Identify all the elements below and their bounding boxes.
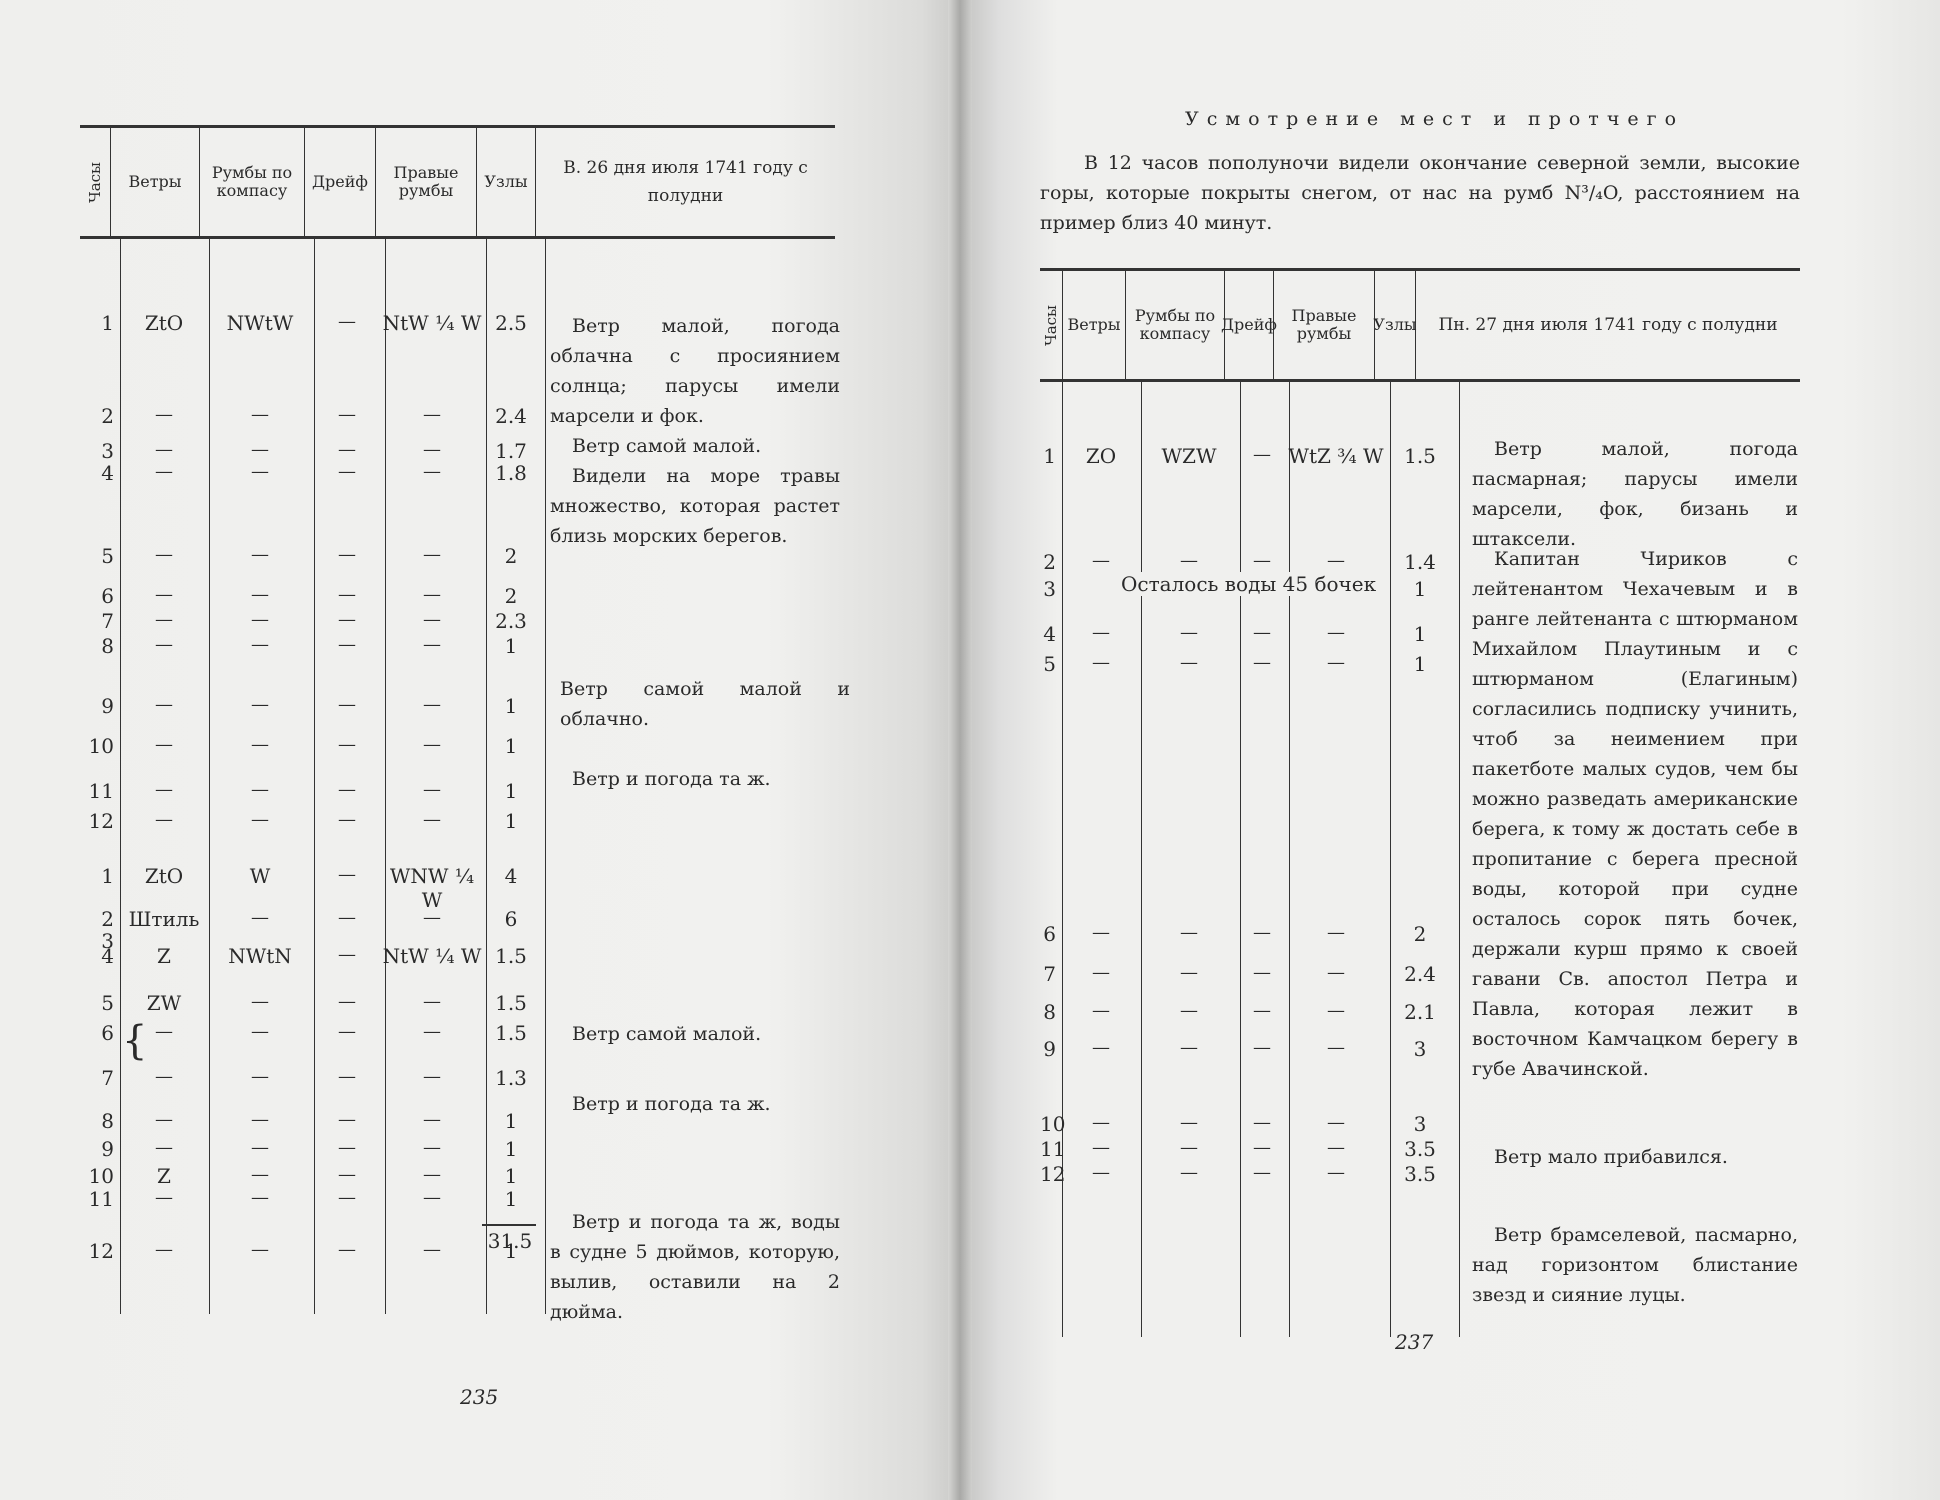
cell-compass: W <box>208 864 312 912</box>
remark: Видели на море травы множество, которая … <box>550 461 840 551</box>
cell-compass: — <box>208 694 312 718</box>
section-heading: Усмотрение мест и протчего <box>1185 108 1684 130</box>
col-winds-header: Ветры <box>111 128 200 236</box>
col-true-header: Правые румбы <box>1274 271 1375 379</box>
cell-knots: 1 <box>1386 622 1454 646</box>
cell-wind: — <box>120 809 208 833</box>
cell-hour: 1 <box>1040 444 1062 468</box>
cell-drift: — <box>312 311 382 335</box>
cell-knots: 3 <box>1386 1112 1454 1136</box>
remark: Капитан Чириков с лейтенантом Чехачевым … <box>1472 544 1798 1084</box>
cell-wind: — <box>1062 622 1140 646</box>
remark: Ветр и погода та ж. <box>550 764 840 794</box>
cell-wind: — <box>1062 1000 1140 1024</box>
cell-hour: 9 <box>1040 1037 1062 1061</box>
table-row: 8————1 <box>80 634 835 658</box>
col-knots-header: Узлы <box>477 128 536 236</box>
cell-drift: — <box>312 809 382 833</box>
cell-drift: — <box>312 404 382 428</box>
cell-true: — <box>1286 1137 1386 1161</box>
cell-drift: — <box>312 1066 382 1090</box>
table-row: 7————1.3 <box>80 1066 835 1090</box>
cell-hour: 2 <box>1040 550 1062 574</box>
cell-hour: 11 <box>80 1187 120 1211</box>
right-table-header: Часы Ветры Румбы по компасу Дрейф Правые… <box>1040 271 1800 382</box>
cell-wind: — <box>1062 1037 1140 1061</box>
cell-wind: ZW <box>120 991 208 1015</box>
cell-knots: 3.5 <box>1386 1137 1454 1161</box>
col-compass-header: Румбы по компасу <box>200 128 305 236</box>
cell-wind: — <box>120 439 208 463</box>
left-table-body: 1ZtONWtW—NtW ¼ W2.52————2.43————1.74————… <box>80 239 835 1314</box>
cell-wind: — <box>1062 922 1140 946</box>
cell-knots: 1 <box>482 1109 540 1133</box>
cell-drift: — <box>312 907 382 931</box>
cell-true: WNW ¼ W <box>382 864 482 912</box>
cell-compass: — <box>1140 550 1238 574</box>
cell-wind: — <box>120 1066 208 1090</box>
cell-drift: — <box>1238 1000 1286 1024</box>
cell-knots: 2.3 <box>482 609 540 633</box>
table-row: 1ZtOW—WNW ¼ W4 <box>80 864 835 912</box>
cell-wind: ZtO <box>120 864 208 912</box>
table-row: 9————1 <box>80 1137 835 1161</box>
cell-compass: NWtW <box>208 311 312 335</box>
cell-compass: — <box>208 1239 312 1263</box>
cell-knots: 2 <box>1386 922 1454 946</box>
cell-true: — <box>382 1109 482 1133</box>
cell-knots: 6 <box>482 907 540 931</box>
cell-drift: — <box>1238 1037 1286 1061</box>
cell-true: — <box>382 694 482 718</box>
cell-true: — <box>382 404 482 428</box>
cell-compass: — <box>208 404 312 428</box>
cell-true: — <box>382 461 482 485</box>
cell-drift: — <box>1238 922 1286 946</box>
cell-compass: NWtN <box>208 944 312 968</box>
cell-wind: — <box>1062 1137 1140 1161</box>
cell-true: NtW ¼ W <box>382 944 482 968</box>
cell-hour: 9 <box>80 694 120 718</box>
cell-wind: ZtO <box>120 311 208 335</box>
col-compass-header: Румбы по компасу <box>1126 271 1225 379</box>
cell-true: — <box>1286 622 1386 646</box>
cell-true: — <box>1286 962 1386 986</box>
cell-wind: — <box>1062 1162 1140 1186</box>
table-row: 2Штиль———6 <box>80 907 835 931</box>
cell-compass: — <box>208 609 312 633</box>
cell-wind: Z <box>120 944 208 968</box>
cell-true: WtZ ¾ W <box>1286 444 1386 468</box>
cell-knots: 1.5 <box>482 1021 540 1045</box>
cell-knots: 2.4 <box>1386 962 1454 986</box>
cell-true: — <box>1286 1000 1386 1024</box>
cell-true: — <box>382 584 482 608</box>
cell-drift: — <box>312 1187 382 1211</box>
cell-compass: — <box>208 1137 312 1161</box>
cell-drift: — <box>312 1109 382 1133</box>
table-row: 4ZNWtN—NtW ¼ W1.5 <box>80 944 835 968</box>
cell-compass: — <box>208 544 312 568</box>
cell-hour: 3 <box>1040 577 1062 601</box>
right-log-table: Часы Ветры Румбы по компасу Дрейф Правые… <box>1040 268 1800 1337</box>
cell-knots: 1 <box>1386 652 1454 676</box>
cell-hour: 11 <box>80 779 120 803</box>
cell-drift: — <box>312 864 382 912</box>
cell-compass: — <box>1140 622 1238 646</box>
cell-compass: — <box>208 584 312 608</box>
cell-knots: 1 <box>482 734 540 758</box>
cell-drift: — <box>312 991 382 1015</box>
cell-true: — <box>382 1021 482 1045</box>
remark: Ветр мало прибавился. <box>1472 1142 1798 1172</box>
cell-wind: ZO <box>1062 444 1140 468</box>
cell-hour: 8 <box>80 634 120 658</box>
cell-true: — <box>1286 652 1386 676</box>
right-table-body: 1ZOWZW—WtZ ¾ W1.52————1.4314————15————16… <box>1040 382 1800 1337</box>
cell-knots: 1 <box>482 779 540 803</box>
cell-hour: 5 <box>1040 652 1062 676</box>
cell-knots: 1 <box>482 1137 540 1161</box>
cell-compass: — <box>208 1021 312 1045</box>
book-spine <box>948 0 972 1500</box>
cell-compass: — <box>1140 1112 1238 1136</box>
cell-knots: 3.5 <box>1386 1162 1454 1186</box>
cell-wind: — <box>120 734 208 758</box>
table-row: 10Z———1 <box>80 1164 835 1188</box>
cell-knots: 1 <box>482 809 540 833</box>
cell-wind: — <box>120 634 208 658</box>
col-knots-header: Узлы <box>1375 271 1416 379</box>
cell-compass: — <box>1140 962 1238 986</box>
cell-hour: 3 <box>80 439 120 463</box>
total-knots: 31.5 <box>482 1229 538 1253</box>
cell-drift: — <box>1238 652 1286 676</box>
cell-compass: — <box>208 439 312 463</box>
brace: { <box>122 1021 147 1061</box>
cell-knots: 2.1 <box>1386 1000 1454 1024</box>
cell-drift: — <box>312 694 382 718</box>
cell-hour: 2 <box>80 907 120 931</box>
remark: Ветр и погода та ж. <box>550 1089 840 1119</box>
table-row: 5ZW———1.5 <box>80 991 835 1015</box>
cell-drift: — <box>312 1164 382 1188</box>
cell-knots: 4 <box>482 864 540 912</box>
cell-compass: — <box>1140 1162 1238 1186</box>
table-row: 12————1 <box>80 809 835 833</box>
cell-compass: — <box>208 1109 312 1133</box>
cell-compass: WZW <box>1140 444 1238 468</box>
table-row: 10————1 <box>80 734 835 758</box>
cell-hour: 7 <box>80 1066 120 1090</box>
intro-paragraph: В 12 часов пополуночи видели окончание с… <box>1040 148 1800 238</box>
col-drift-header: Дрейф <box>305 128 376 236</box>
cell-hour: 4 <box>1040 622 1062 646</box>
cell-true: — <box>382 439 482 463</box>
cell-compass: — <box>208 991 312 1015</box>
remark: Ветр самой малой. <box>550 431 840 461</box>
cell-wind: — <box>120 461 208 485</box>
cell-true: — <box>1286 1112 1386 1136</box>
cell-wind: — <box>120 694 208 718</box>
col-drift-header: Дрейф <box>1225 271 1274 379</box>
cell-hour: 6 <box>80 584 120 608</box>
cell-hour: 11 <box>1040 1137 1062 1161</box>
cell-hour: 4 <box>80 461 120 485</box>
cell-hour: 12 <box>80 1239 120 1263</box>
cell-true: — <box>1286 1162 1386 1186</box>
cell-hour: 12 <box>1040 1162 1062 1186</box>
cell-hour: 7 <box>80 609 120 633</box>
cell-true: — <box>382 634 482 658</box>
cell-wind: Штиль <box>120 907 208 931</box>
cell-knots: 1 <box>482 634 540 658</box>
cell-wind: — <box>120 1239 208 1263</box>
cell-true: — <box>1286 550 1386 574</box>
cell-knots: 1 <box>482 1187 540 1211</box>
col-date-header: Пн. 27 дня июля 1741 году с полудни <box>1416 271 1800 379</box>
cell-knots: 2 <box>482 544 540 568</box>
cell-wind: Z <box>120 1164 208 1188</box>
cell-drift: — <box>312 779 382 803</box>
cell-compass: — <box>1140 652 1238 676</box>
cell-drift: — <box>312 584 382 608</box>
cell-compass: — <box>208 1164 312 1188</box>
cell-drift: — <box>312 461 382 485</box>
remark: Ветр малой, погода пасмарная; парусы име… <box>1472 434 1798 554</box>
cell-knots: 1 <box>482 694 540 718</box>
left-log-table: Часы Ветры Румбы по компасу Дрейф Правые… <box>80 125 835 1314</box>
cell-knots: 2.5 <box>482 311 540 335</box>
cell-knots: 2.4 <box>482 404 540 428</box>
cell-knots: 1 <box>1386 577 1454 601</box>
table-row: 10————3 <box>1040 1112 1800 1136</box>
cell-drift: — <box>312 439 382 463</box>
cell-wind: — <box>1062 962 1140 986</box>
cell-drift: — <box>312 1137 382 1161</box>
left-table-header: Часы Ветры Румбы по компасу Дрейф Правые… <box>80 128 835 239</box>
cell-drift: — <box>1238 962 1286 986</box>
col-winds-header: Ветры <box>1063 271 1126 379</box>
cell-knots: 1.5 <box>1386 444 1454 468</box>
cell-drift: — <box>312 634 382 658</box>
cell-drift: — <box>312 944 382 968</box>
cell-knots: 1.5 <box>482 991 540 1015</box>
cell-hour: 6 <box>1040 922 1062 946</box>
cell-true: — <box>382 1239 482 1263</box>
cell-hour: 6 <box>80 1021 120 1045</box>
cell-knots: 1 <box>482 1164 540 1188</box>
cell-true: NtW ¼ W <box>382 311 482 335</box>
cell-wind: — <box>120 1187 208 1211</box>
cell-true: — <box>1286 922 1386 946</box>
remark: Ветр малой, погода облачна с просиянием … <box>550 311 840 431</box>
col-date-header: В. 26 дня июля 1741 году с полудни <box>536 128 835 236</box>
cell-compass: — <box>208 461 312 485</box>
cell-knots: 1.4 <box>1386 550 1454 574</box>
cell-wind: — <box>1062 652 1140 676</box>
cell-compass: — <box>1140 1037 1238 1061</box>
cell-compass: — <box>1140 922 1238 946</box>
cell-compass: — <box>208 1187 312 1211</box>
cell-knots: 1.7 <box>482 439 540 463</box>
cell-true: — <box>382 809 482 833</box>
cell-wind: — <box>120 1137 208 1161</box>
cell-hour: 12 <box>80 809 120 833</box>
cell-hour: 8 <box>1040 1000 1062 1024</box>
remark: Ветр самой малой и облачно. <box>560 674 850 734</box>
cell-drift: — <box>312 609 382 633</box>
cell-true: — <box>382 544 482 568</box>
table-row: 7————2.3 <box>80 609 835 633</box>
cell-compass: — <box>208 779 312 803</box>
cell-drift: — <box>312 734 382 758</box>
cell-hour: 2 <box>80 404 120 428</box>
cell-hour: 5 <box>80 544 120 568</box>
cell-drift: — <box>1238 1137 1286 1161</box>
cell-drift: — <box>1238 444 1286 468</box>
cell-hour: 7 <box>1040 962 1062 986</box>
cell-true: — <box>382 609 482 633</box>
cell-compass: — <box>1140 1000 1238 1024</box>
cell-compass: — <box>208 809 312 833</box>
cell-wind: — <box>120 584 208 608</box>
cell-compass: — <box>208 907 312 931</box>
cell-wind: — <box>1062 550 1140 574</box>
cell-drift: — <box>312 1239 382 1263</box>
cell-wind: — <box>120 1109 208 1133</box>
cell-wind: — <box>120 609 208 633</box>
remark: Ветр и погода та ж, воды в судне 5 дюймо… <box>550 1207 840 1327</box>
page-number-left: 235 <box>460 1385 498 1409</box>
cell-knots: 1.8 <box>482 461 540 485</box>
cell-compass: — <box>208 1066 312 1090</box>
cell-compass: — <box>208 634 312 658</box>
remark: Ветр самой малой. <box>550 1019 840 1049</box>
cell-drift: — <box>312 544 382 568</box>
cell-hour: 9 <box>80 1137 120 1161</box>
cell-hour: 10 <box>80 1164 120 1188</box>
cell-knots: 1.5 <box>482 944 540 968</box>
cell-true: — <box>382 1164 482 1188</box>
cell-hour: 1 <box>80 311 120 335</box>
cell-true: — <box>382 1066 482 1090</box>
cell-wind: — <box>120 779 208 803</box>
cell-compass: — <box>208 734 312 758</box>
cell-drift: — <box>312 1021 382 1045</box>
cell-drift: — <box>1238 1112 1286 1136</box>
cell-hour: 5 <box>80 991 120 1015</box>
col-hours-header: Часы <box>80 128 111 236</box>
cell-true: — <box>382 1187 482 1211</box>
cell-true: — <box>382 1137 482 1161</box>
cell-drift: — <box>1238 550 1286 574</box>
cell-knots: 2 <box>482 584 540 608</box>
cell-true: — <box>382 907 482 931</box>
cell-hour: 10 <box>1040 1112 1062 1136</box>
col-true-header: Правые румбы <box>376 128 477 236</box>
cell-true: — <box>382 991 482 1015</box>
water-remaining-note: Осталось воды 45 бочек <box>1115 572 1382 596</box>
cell-true: — <box>1286 1037 1386 1061</box>
cell-drift: — <box>1238 1162 1286 1186</box>
table-row: 6————2 <box>80 584 835 608</box>
cell-drift: — <box>1238 622 1286 646</box>
remark: Ветр брамселевой, пасмарно, над горизонт… <box>1472 1220 1798 1310</box>
cell-wind: — <box>1062 1112 1140 1136</box>
cell-hour: 1 <box>80 864 120 912</box>
cell-hour: 4 <box>80 944 120 968</box>
cell-true: — <box>382 779 482 803</box>
cell-true: — <box>382 734 482 758</box>
cell-hour: 8 <box>80 1109 120 1133</box>
cell-knots: 1.3 <box>482 1066 540 1090</box>
cell-knots: 3 <box>1386 1037 1454 1061</box>
col-hours-header: Часы <box>1040 271 1063 379</box>
cell-wind: — <box>120 544 208 568</box>
page-number-right: 237 <box>1395 1330 1433 1354</box>
cell-compass: — <box>1140 1137 1238 1161</box>
cell-wind: — <box>120 404 208 428</box>
cell-hour: 10 <box>80 734 120 758</box>
